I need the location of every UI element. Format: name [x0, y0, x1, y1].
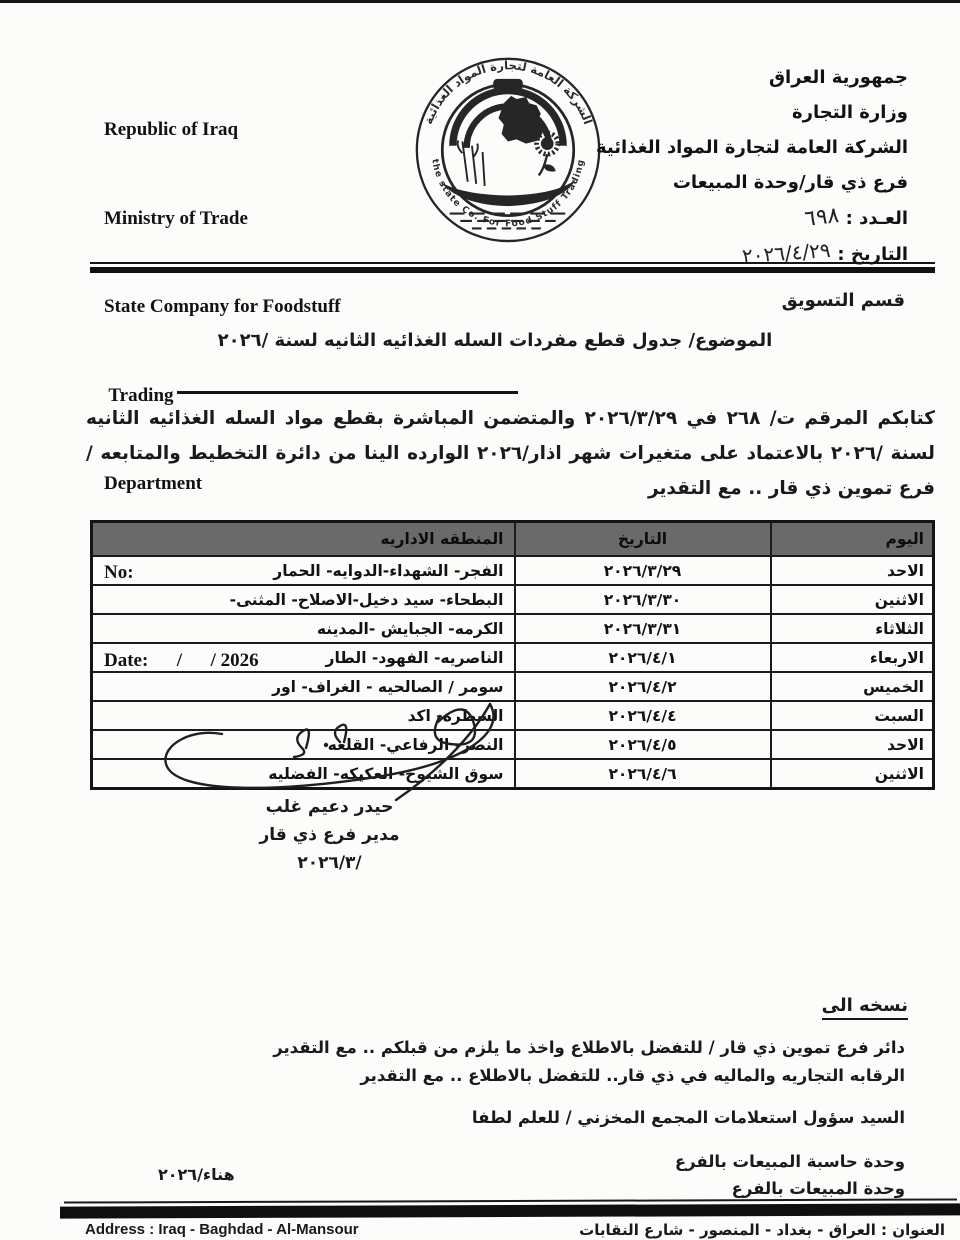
copy-item: وحدة المبيعات بالفرع	[732, 1179, 905, 1198]
table-row: الخميس ٢٠٢٦/٤/٢ سومر / الصالحيه - الغراف…	[92, 672, 934, 701]
company-seal-logo: الشركة العامة لتجارة المواد الغذائية the…	[402, 52, 614, 250]
region-cell: الفجر- الشهداء-الدوايه- الحمار	[92, 556, 515, 585]
letterhead-ar-line: وزارة التجارة	[596, 95, 908, 130]
number-label: العـدد :	[846, 208, 908, 229]
date-cell: ٢٠٢٦/٤/٤	[515, 701, 771, 730]
svg-text:the state Co. For Food Stuff T: the state Co. For Food Stuff Trading	[429, 158, 587, 229]
day-cell: الاربعاء	[771, 643, 934, 672]
sunflower-icon	[537, 133, 558, 175]
day-cell: الاحد	[771, 730, 934, 759]
copy-item: دائر فرع تموين ذي قار / للتفضل بالاطلاع …	[273, 1038, 905, 1057]
copy-item: السيد سؤول استعلامات المجمع المخزني / لل…	[472, 1108, 905, 1127]
footer-address-english: Address : Iraq - Baghdad - Al-Mansour	[85, 1221, 359, 1238]
letterhead-en-line: State Company for Foodstuff	[104, 292, 341, 322]
header-divider-thick	[90, 267, 935, 273]
copy-item: الرقابه التجاريه والماليه في ذي قار.. لل…	[360, 1066, 905, 1085]
table-row: الثلاثاء ٢٠٢٦/٣/٣١ الكرمه- الجبايش -المد…	[92, 614, 934, 643]
footer-divider-thin	[64, 1198, 957, 1203]
day-cell: الاحد	[771, 556, 934, 585]
letterhead-en-line: Republic of Iraq	[104, 115, 341, 145]
region-cell: الكرمه- الجبايش -المدينه	[92, 614, 515, 643]
table-row: الاربعاء ٢٠٢٦/٤/١ الناصريه- الفهود- الطا…	[92, 643, 934, 672]
region-cell: سومر / الصالحيه - الغراف- اور	[92, 672, 515, 701]
col-header-day: اليوم	[771, 522, 934, 557]
date-cell: ٢٠٢٦/٤/١	[515, 643, 771, 672]
reeds-icon	[458, 140, 485, 186]
scanned-letter-page: { "colors": {"ink": "#1a1a1a", "table_he…	[0, 0, 960, 1240]
signatory-title: مدير فرع ذي قار	[222, 821, 437, 849]
document-number-line: العـدد : ٦٩٨	[596, 200, 908, 236]
footer-address-arabic: العنوان : العراق - بغداد - المنصور - شار…	[579, 1221, 945, 1239]
letterhead-ar-line: فرع ذي قار/وحدة المبيعات	[596, 165, 908, 200]
handwritten-number: ٦٩٨	[804, 198, 840, 238]
date-cell: ٢٠٢٦/٣/٣١	[515, 614, 771, 643]
schedule-table: اليوم التاريخ المنطقه الاداريه الاحد ٢٠٢…	[90, 520, 935, 790]
copies-heading: نسخه الى	[822, 995, 908, 1020]
header-divider-thin	[90, 262, 935, 264]
region-cell: الناصريه- الفهود- الطار	[92, 643, 515, 672]
day-cell: الخميس	[771, 672, 934, 701]
department-line: قسم التسويق	[782, 290, 905, 311]
schedule-table-wrap: اليوم التاريخ المنطقه الاداريه الاحد ٢٠٢…	[90, 520, 935, 790]
date-cell: ٢٠٢٦/٤/٥	[515, 730, 771, 759]
region-cell: النصر- الرفاعي- القلعه	[92, 730, 515, 759]
day-cell: الاثنين	[771, 585, 934, 614]
letterhead-en-line: Ministry of Trade	[104, 204, 341, 234]
letter-body-paragraph: كتابكم المرقم ت/ ٢٦٨ في ٢٠٢٦/٣/٢٩ والمتض…	[86, 401, 935, 506]
letterhead-ar-line: جمهورية العراق	[596, 60, 908, 95]
seal-ring-english-text: the state Co. For Food Stuff Trading	[429, 158, 587, 229]
typist-initials: هناء/٢٠٢٦	[158, 1165, 235, 1184]
day-cell: السبت	[771, 701, 934, 730]
signatory-date: ٢٠٢٦/٣/	[222, 849, 437, 877]
date-cell: ٢٠٢٦/٤/٢	[515, 672, 771, 701]
region-cell: الشطره- اكد	[92, 701, 515, 730]
day-cell: الاثنين	[771, 759, 934, 789]
table-row: السبت ٢٠٢٦/٤/٤ الشطره- اكد	[92, 701, 934, 730]
copy-item: وحدة حاسبة المبيعات بالفرع	[675, 1152, 905, 1171]
date-cell: ٢٠٢٦/٤/٦	[515, 759, 771, 789]
date-cell: ٢٠٢٦/٣/٢٩	[515, 556, 771, 585]
letterhead-arabic: جمهورية العراق وزارة التجارة الشركة العا…	[596, 60, 908, 272]
letterhead-ar-line: الشركة العامة لتجارة المواد الغذائية	[596, 130, 908, 165]
col-header-date: التاريخ	[515, 522, 771, 557]
seal-icon: الشركة العامة لتجارة المواد الغذائية the…	[402, 52, 614, 250]
region-cell: البطحاء- سيد دخيل-الاصلاح- المثنى-	[92, 585, 515, 614]
signatory-block: حيدر دعيم غلب مدير فرع ذي قار ٢٠٢٦/٣/	[222, 793, 437, 877]
date-cell: ٢٠٢٦/٣/٣٠	[515, 585, 771, 614]
footer-divider-thick	[60, 1203, 960, 1218]
table-header-row: اليوم التاريخ المنطقه الاداريه	[92, 522, 934, 557]
subject-underline	[177, 391, 518, 394]
day-cell: الثلاثاء	[771, 614, 934, 643]
col-header-region: المنطقه الاداريه	[92, 522, 515, 557]
table-row: الاحد ٢٠٢٦/٣/٢٩ الفجر- الشهداء-الدوايه- …	[92, 556, 934, 585]
scan-edge-artifact	[0, 0, 960, 3]
subject-line: الموضوع/ جدول قطع مفردات السله الغذائيه …	[130, 330, 860, 351]
table-row: الاثنين ٢٠٢٦/٤/٦ سوق الشيوخ- العكيكه- ال…	[92, 759, 934, 789]
table-row: الاحد ٢٠٢٦/٤/٥ النصر- الرفاعي- القلعه	[92, 730, 934, 759]
signatory-name: حيدر دعيم غلب	[222, 793, 437, 821]
region-cell: سوق الشيوخ- العكيكه- الفضليه	[92, 759, 515, 789]
table-row: الاثنين ٢٠٢٦/٣/٣٠ البطحاء- سيد دخيل-الاص…	[92, 585, 934, 614]
